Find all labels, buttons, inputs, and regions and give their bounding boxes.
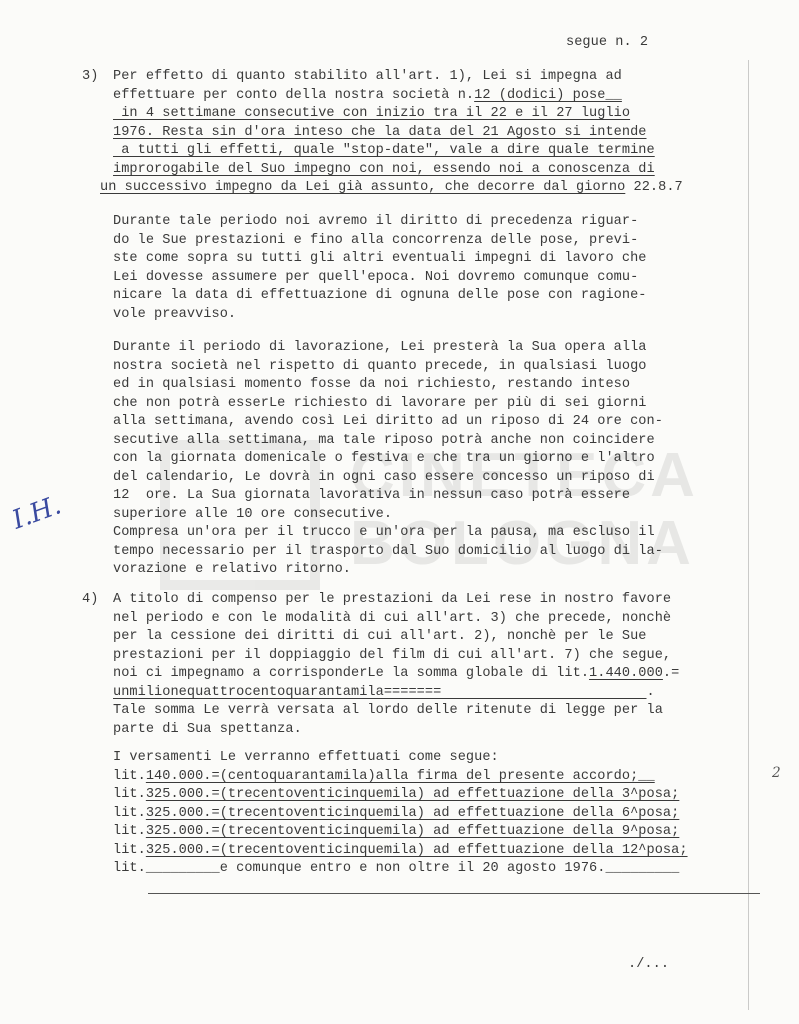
payment-row: lit._________e comunque entro e non oltr… xyxy=(113,860,679,878)
article-3-line: effettuare per conto della nostra societ… xyxy=(113,87,622,105)
payment-text: _________e comunque entro e non oltre il… xyxy=(146,861,680,876)
paragraph-line: alla settimana, avendo così Lei diritto … xyxy=(113,413,663,431)
article-3-filled-field: 12 (dodici) pose__ xyxy=(474,88,622,103)
payment-prefix: lit. xyxy=(113,787,146,802)
paragraph-line: nicare la data di effettuazione di ognun… xyxy=(113,287,647,305)
blank-fill-line xyxy=(148,893,760,894)
article-4-line: noi ci impegnamo a corrisponderLe la som… xyxy=(113,665,679,683)
paragraph-line: ed in qualsiasi momento fosse da noi ric… xyxy=(113,376,630,394)
article-3-text: un successivo impegno da Lei già assunto… xyxy=(100,180,625,195)
paragraph-line: vorazione e relativo ritorno. xyxy=(113,561,351,579)
article-3-filled-line: improrogabile del Suo impegno con noi, e… xyxy=(113,161,655,179)
paragraph-line: tempo necessario per il trasporto dal Su… xyxy=(113,543,663,561)
paragraph-line: 12 ore. La Sua giornata lavorativa in ne… xyxy=(113,487,630,505)
payment-prefix: lit. xyxy=(113,806,146,821)
payments-intro: I versamenti Le verranno effettuati come… xyxy=(113,749,499,767)
paragraph-line: Compresa un'ora per il trucco e un'ora p… xyxy=(113,524,655,542)
payment-row: lit.325.000.=(trecentoventicinquemila) a… xyxy=(113,786,679,804)
article-3-filled-line: un successivo impegno da Lei già assunto… xyxy=(100,179,683,197)
payment-text: 325.000.=(trecentoventicinquemila) ad ef… xyxy=(146,843,688,858)
payment-row: lit.325.000.=(trecentoventicinquemila) a… xyxy=(113,823,679,841)
payment-text: 325.000.=(trecentoventicinquemila) ad ef… xyxy=(146,787,680,802)
paragraph-line: nostra società nel rispetto di quanto pr… xyxy=(113,358,647,376)
article-4-line: prestazioni per il doppiaggio del film d… xyxy=(113,647,671,665)
paragraph-line: Durante il periodo di lavorazione, Lei p… xyxy=(113,339,647,357)
article-4-line: parte di Sua spettanza. xyxy=(113,721,302,739)
article-4-line: Tale somma Le verrà versata al lordo del… xyxy=(113,702,663,720)
article-3-number: 3) xyxy=(82,68,98,86)
paragraph-line: vole preavviso. xyxy=(113,306,236,324)
paragraph-line: do le Sue prestazioni e fino alla concor… xyxy=(113,232,638,250)
paragraph-line: che non potrà esserLe richiesto di lavor… xyxy=(113,395,647,413)
payment-row: lit.140.000.=(centoquarantamila)alla fir… xyxy=(113,768,655,786)
start-date: 22.8.7 xyxy=(625,180,682,195)
payment-row: lit.325.000.=(trecentoventicinquemila) a… xyxy=(113,805,679,823)
paragraph-line: Durante tale periodo noi avremo il dirit… xyxy=(113,213,638,231)
article-4-number: 4) xyxy=(82,591,98,609)
paragraph-line: secutive alla settimana, ma tale riposo … xyxy=(113,432,655,450)
handwritten-initials: I.H. xyxy=(8,490,65,535)
payment-text: 325.000.=(trecentoventicinquemila) ad ef… xyxy=(146,824,680,839)
amount-suffix: .= xyxy=(663,666,679,681)
continuation-mark: ./... xyxy=(628,956,669,974)
amount-in-words: unmilionequattrocentoquarantamila======= xyxy=(113,685,647,700)
article-3-filled-line: a tutti gli effetti, quale "stop-date", … xyxy=(113,142,655,160)
handwritten-margin-mark: 2 xyxy=(772,764,781,782)
payment-prefix: lit. xyxy=(113,843,146,858)
article-4-line: A titolo di compenso per le prestazioni … xyxy=(113,591,671,609)
total-amount: 1.440.000 xyxy=(589,666,663,681)
article-4-text: noi ci impegnamo a corrisponderLe la som… xyxy=(113,666,589,681)
article-3-text: effettuare per conto della nostra societ… xyxy=(113,88,474,103)
payment-row: lit.325.000.=(trecentoventicinquemila) a… xyxy=(113,842,688,860)
paragraph-line: del calendario, Le dovrà in ogni caso es… xyxy=(113,469,655,487)
document-page: CINETECA BOLOGNA segue n. 2 3) Per effet… xyxy=(0,0,799,1024)
payment-prefix: lit. xyxy=(113,824,146,839)
payment-prefix: lit. xyxy=(113,769,146,784)
paragraph-line: ste come sopra su tutti gli altri eventu… xyxy=(113,250,647,268)
article-3-filled-line: 1976. Resta sin d'ora inteso che la data… xyxy=(113,124,647,142)
paragraph-line: Lei dovesse assumere per quell'epoca. No… xyxy=(113,269,638,287)
payment-text: 140.000.=(centoquarantamila)alla firma d… xyxy=(146,769,655,784)
payment-prefix: lit. xyxy=(113,861,146,876)
article-3-line: Per effetto di quanto stabilito all'art.… xyxy=(113,68,622,86)
article-4-line: unmilionequattrocentoquarantamila=======… xyxy=(113,684,655,702)
amount-terminator: . xyxy=(647,685,655,700)
article-4-line: per la cessione dei diritti di cui all'a… xyxy=(113,628,647,646)
article-3-filled-line: in 4 settimane consecutive con inizio tr… xyxy=(113,105,630,123)
paper-fold-line xyxy=(748,60,749,1010)
page-label: segue n. 2 xyxy=(566,34,648,52)
paragraph-line: con la giornata domenicale o festiva e c… xyxy=(113,450,655,468)
article-4-line: nel periodo e con le modalità di cui all… xyxy=(113,610,671,628)
paragraph-line: superiore alle 10 ore consecutive. xyxy=(113,506,392,524)
payment-text: 325.000.=(trecentoventicinquemila) ad ef… xyxy=(146,806,680,821)
